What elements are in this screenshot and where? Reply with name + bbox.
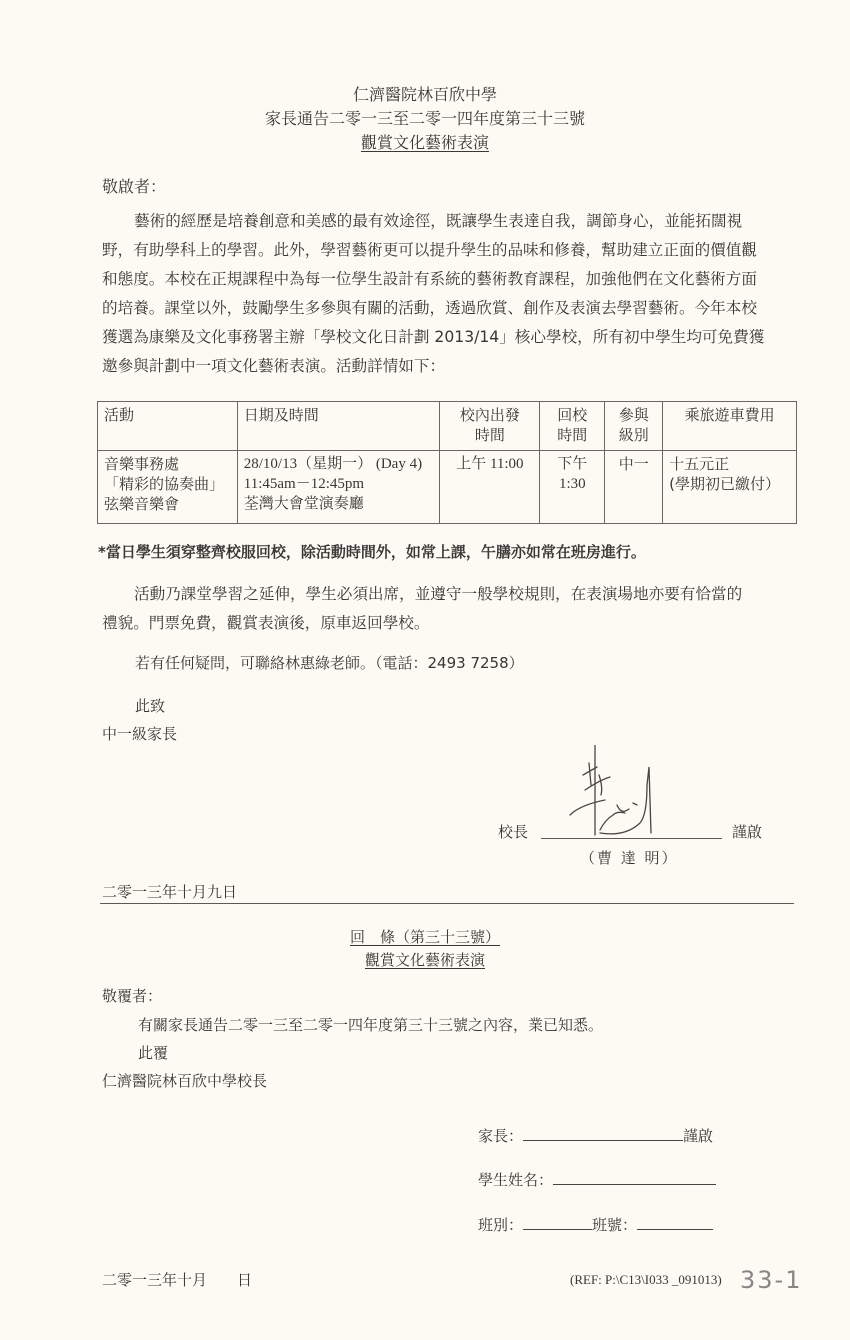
- header-date-time: 日期及時間: [237, 402, 440, 451]
- table-row: 音樂事務處 「精彩的協奏曲」 弦樂音樂會 28/10/13（星期一） (Day …: [98, 451, 797, 524]
- principal-label: 校長: [498, 822, 528, 842]
- reply-body: 有關家長通告二零一三至二零一四年度第三十三號之內容，業已知悉。: [138, 1015, 603, 1035]
- conduct-paragraph: 活動乃課堂學習之延伸，學生必須出席，並遵守一般學校規則，在表演場地亦要有恰當的 …: [102, 580, 796, 638]
- student-name-label: 學生姓名：: [478, 1171, 553, 1189]
- tear-off-divider: [100, 903, 794, 904]
- reply-slip-title: 回 條（第三十三號）: [0, 927, 850, 947]
- reference-code: (REF: P:\C13\I033 _091013): [570, 1271, 722, 1289]
- signature-icon: [555, 745, 685, 840]
- cell-date-time: 28/10/13（星期一） (Day 4) 11:45am－12:45pm 荃灣…: [237, 451, 440, 524]
- intro-line: 的培養。課堂以外，鼓勵學生多參與有關的活動，透過欣賞、創作及表演去學習藝術。今年…: [102, 294, 796, 323]
- closing: 此致: [135, 696, 165, 716]
- header-return-time: 回校時間: [540, 402, 605, 451]
- class-number-label: 班號：: [592, 1216, 637, 1234]
- salutation: 敬啟者：: [102, 176, 166, 198]
- cell-coach-fee: 十五元正 (學期初已繳付）: [663, 451, 797, 524]
- conduct-line: 禮貌。門票免費，觀賞表演後，原車返回學校。: [102, 609, 796, 638]
- reply-date: 二零一三年十月 日: [102, 1270, 252, 1290]
- cell-depart-time: 上午 11:00: [440, 451, 540, 524]
- reply-closing: 此覆: [138, 1043, 168, 1063]
- parent-label: 家長：: [478, 1127, 523, 1145]
- intro-line: 和態度。本校在正規課程中為每一位學生設計有系統的藝術教育課程，加強他們在文化藝術…: [102, 265, 796, 294]
- parent-signature-input[interactable]: [523, 1126, 683, 1141]
- reply-recipient: 仁濟醫院林百欣中學校長: [102, 1071, 267, 1091]
- class-label: 班別：: [478, 1216, 523, 1234]
- uniform-note: *當日學生須穿整齊校服回校，除活動時間外，如常上課，午膳亦如常在班房進行。: [98, 542, 646, 562]
- header-activity: 活動: [98, 402, 238, 451]
- school-name: 仁濟醫院林百欣中學: [0, 84, 850, 106]
- reply-slip-subject: 觀賞文化藝術表演: [0, 950, 850, 970]
- conduct-line: 活動乃課堂學習之延伸，學生必須出席，並遵守一般學校規則，在表演場地亦要有恰當的: [102, 580, 796, 609]
- activity-table: 活動 日期及時間 校內出發時間 回校時間 參與級別 乘旅遊車費用 音樂事務處 「…: [97, 401, 797, 524]
- notice-date: 二零一三年十月九日: [102, 882, 237, 902]
- contact-info: 若有任何疑問，可聯絡林惠綠老師。（電話：2493 7258）: [135, 653, 524, 673]
- parent-field-row: 家長：謹啟: [478, 1126, 713, 1146]
- class-number-input[interactable]: [637, 1215, 713, 1230]
- cell-return-time: 下午 1:30: [540, 451, 605, 524]
- intro-paragraph: 藝術的經歷是培養創意和美感的最有效途徑，既讓學生表達自我，調節身心，並能拓闊視 …: [102, 207, 796, 381]
- cell-activity: 音樂事務處 「精彩的協奏曲」 弦樂音樂會: [98, 451, 238, 524]
- intro-line: 藝術的經歷是培養創意和美感的最有效途徑，既讓學生表達自我，調節身心，並能拓闊視: [102, 207, 796, 236]
- header-coach-fee: 乘旅遊車費用: [663, 402, 797, 451]
- intro-line: 野，有助學科上的學習。此外，學習藝術更可以提升學生的品味和修養，幫助建立正面的價…: [102, 236, 796, 265]
- notice-number: 家長通告二零一三至二零一四年度第三十三號: [0, 108, 850, 130]
- header-depart-time: 校內出發時間: [440, 402, 540, 451]
- parent-suffix: 謹啟: [683, 1127, 713, 1145]
- notice-subject: 觀賞文化藝術表演: [0, 132, 850, 154]
- recipient: 中一級家長: [102, 724, 177, 744]
- header-level: 參與級別: [605, 402, 663, 451]
- student-name-field-row: 學生姓名：: [478, 1170, 716, 1190]
- class-field-row: 班別：班號：: [478, 1215, 713, 1235]
- intro-line: 邀參與計劃中一項文化藝術表演。活動詳情如下：: [102, 352, 796, 381]
- intro-line: 獲選為康樂及文化事務署主辦「學校文化日計劃 2013/14」核心學校，所有初中學…: [102, 323, 796, 352]
- principal-name: （曹 達 明）: [580, 848, 679, 868]
- signature-suffix: 謹啟: [732, 822, 762, 842]
- class-input[interactable]: [523, 1215, 592, 1230]
- handwritten-page-mark: 33-1: [740, 1266, 802, 1294]
- table-header-row: 活動 日期及時間 校內出發時間 回校時間 參與級別 乘旅遊車費用: [98, 402, 797, 451]
- cell-level: 中一: [605, 451, 663, 524]
- student-name-input[interactable]: [553, 1170, 716, 1185]
- reply-salutation: 敬覆者：: [102, 986, 162, 1006]
